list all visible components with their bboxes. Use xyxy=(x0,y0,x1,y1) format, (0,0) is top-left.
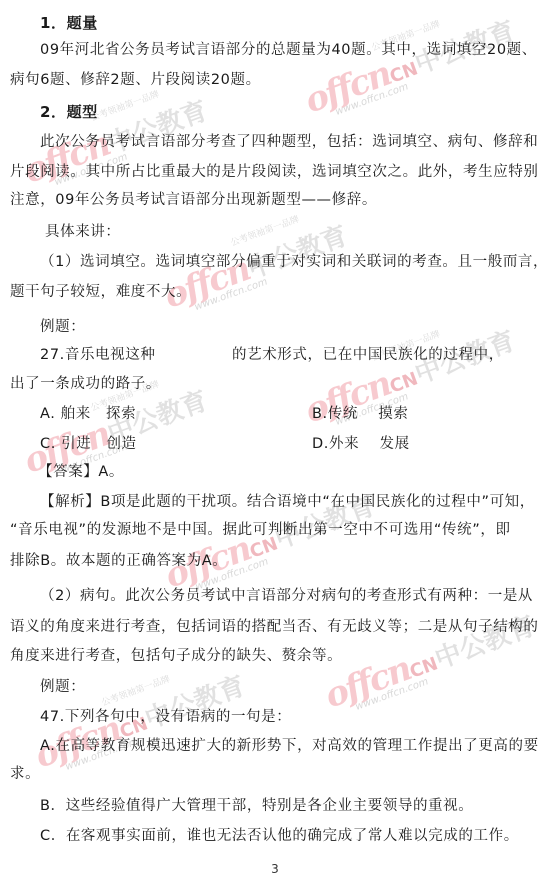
watermark: offcnCN中公教育 www.offcn.com 公考领袖第一品牌 xyxy=(300,9,520,122)
section-heading-question-types: 2．题型 xyxy=(40,102,98,122)
option-b: B．这些经验值得广大管理干部，特别是各企业主要领导的重视。 xyxy=(40,796,473,816)
question-27-stem-line2: 出了一条成功的路子。 xyxy=(10,374,161,394)
paragraph-line: 09年河北省公务员考试言语部分的总题量为40题。其中，选词填空20题、 xyxy=(40,40,537,60)
question-27-stem: 27.音乐电视这种 xyxy=(40,345,155,365)
paragraph-line: 病句6题、修辞2题、片段阅读20题。 xyxy=(10,70,261,90)
option-b: B.传统 摸索 xyxy=(312,404,408,424)
paragraph-line: 语义的角度来进行考查，包括词语的搭配当否、有无歧义等；二是从句子结构的 xyxy=(10,617,539,637)
option-c: C. 引进 创造 xyxy=(40,434,137,454)
option-a: A.在高等教育规模迅速扩大的新形势下，对高效的管理工作提出了更高的要 xyxy=(40,736,539,756)
page-number: 3 xyxy=(0,862,550,876)
example-label: 例题： xyxy=(40,317,85,337)
analysis-line: “音乐电视”的发源地不是中国。据此可判断出第一空中不可选用“传统”，即 xyxy=(10,520,511,540)
answer: 【答案】A。 xyxy=(38,462,124,482)
paragraph-line: （1）选词填空。选词填空部分偏重于对实词和关联词的考查。且一般而言， xyxy=(40,252,548,272)
paragraph-line: 题干句子较短，难度不大。 xyxy=(10,282,191,302)
analysis-line: 【解析】B项是此题的干扰项。结合语境中“在中国民族化的过程中”可知， xyxy=(40,492,535,512)
analysis-line: 排除B。故本题的正确答案为A。 xyxy=(10,551,227,571)
question-27-stem-continued: 的艺术形式，已在中国民族化的过程中， xyxy=(232,345,504,365)
example-label: 例题： xyxy=(40,677,85,697)
option-d: D.外来 发展 xyxy=(312,434,410,454)
paragraph-line: （2）病句。此次公务员考试中言语部分对病句的考查形式有两种：一是从 xyxy=(40,586,533,606)
paragraph-line: 此次公务员考试言语部分考查了四种题型，包括：选词填空、病句、修辞和 xyxy=(40,132,538,152)
watermark-logo: offcn xyxy=(300,54,396,121)
section-heading-question-count: 1．题量 xyxy=(40,13,98,33)
option-a-continued: 求。 xyxy=(10,764,40,784)
paragraph-line: 注意，09年公务员考试言语部分出现新题型——修辞。 xyxy=(10,190,377,210)
question-47-stem: 47.下列各句中，没有语病的一句是： xyxy=(40,707,291,727)
paragraph-line: 片段阅读。其中所占比重最大的是片段阅读，选词填空次之。此外，考生应特别 xyxy=(10,162,539,182)
paragraph-line: 具体来讲： xyxy=(45,222,121,242)
option-a: A. 舶来 探索 xyxy=(40,404,136,424)
paragraph-line: 角度来进行考查，包括句子成分的缺失、赘余等。 xyxy=(10,646,342,666)
option-c: C．在客观事实面前，谁也无法否认他的确完成了常人难以完成的工作。 xyxy=(40,826,519,846)
